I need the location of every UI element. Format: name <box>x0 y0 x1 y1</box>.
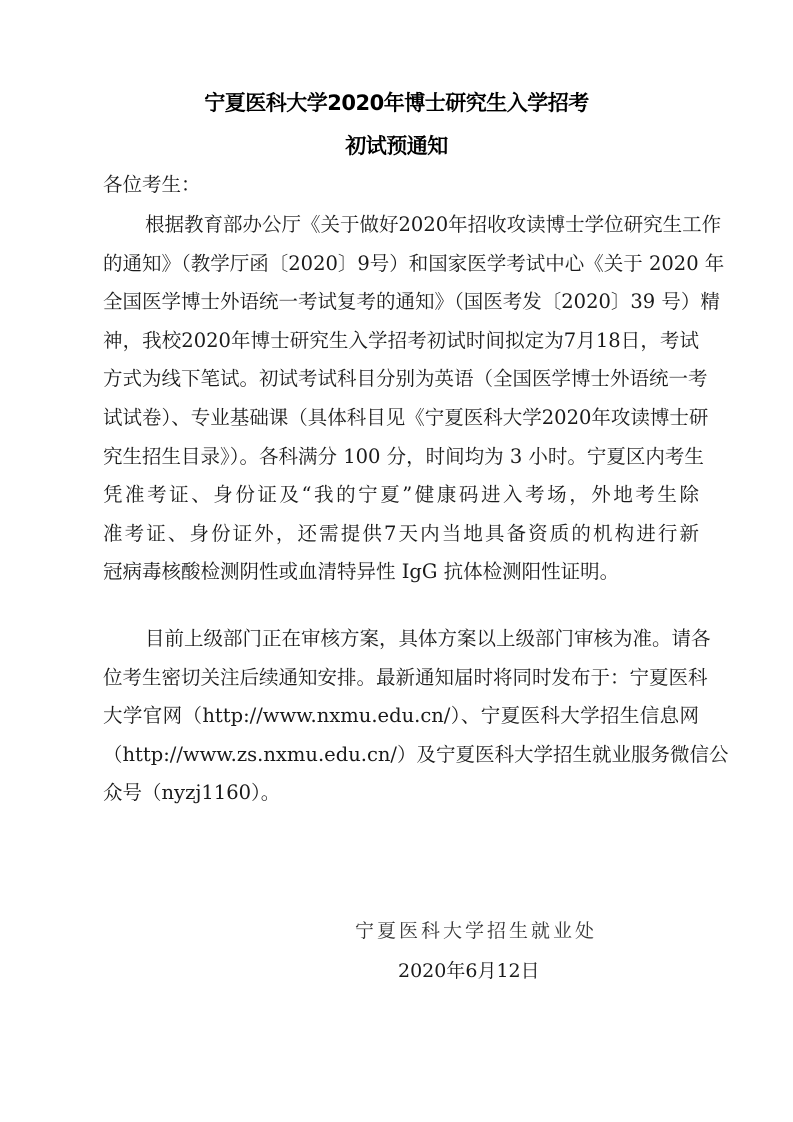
signature-date: 2020年6月12日 <box>398 956 540 983</box>
paragraph-follow-up-notice: 目前上级部门正在审核方案，具体方案以上级部门审核为准。请各 位考生密切关注后续通… <box>103 620 699 813</box>
paragraph-line: 根据教育部办公厅《关于做好2020年招收攻读博士学位研究生工作 <box>103 206 699 245</box>
paragraph-line: 众号（nyzj1160）。 <box>103 774 699 813</box>
paragraph-line: 神，我校2020年博士研究生入学招考初试时间拟定为7月18日，考试 <box>103 322 699 361</box>
paragraph-line: 凭准考证、身份证及“我的宁夏”健康码进入考场，外地考生除 <box>103 476 699 515</box>
paragraph-line: 目前上级部门正在审核方案，具体方案以上级部门审核为准。请各 <box>103 620 699 659</box>
paragraph-line: 的通知》（教学厅函〔2020〕9号）和国家医学考试中心《关于 2020 年 <box>103 245 699 284</box>
paragraph-line: 准考证、身份证外，还需提供7天内当地具备资质的机构进行新 <box>103 515 699 554</box>
paragraph-line: （http://www.zs.nxmu.edu.cn/）及宁夏医科大学招生就业服… <box>103 736 699 775</box>
paragraph-line: 究生招生目录》）。各科满分 100 分，时间均为 3 小时。宁夏区内考生 <box>103 438 699 477</box>
salutation: 各位考生： <box>103 168 201 202</box>
paragraph-line: 冠病毒核酸检测阴性或血清特异性 IgG 抗体检测阳性证明。 <box>103 553 699 592</box>
signature-office: 宁夏医科大学招生就业处 <box>355 916 597 943</box>
paragraph-exam-arrangement: 根据教育部办公厅《关于做好2020年招收攻读博士学位研究生工作 的通知》（教学厅… <box>103 206 699 592</box>
document-page: 宁夏医科大学2020年博士研究生入学招考 初试预通知 各位考生： 根据教育部办公… <box>0 0 793 1122</box>
paragraph-line: 试试卷）、专业基础课（具体科目见《宁夏医科大学2020年攻读博士研 <box>103 399 699 438</box>
document-title: 宁夏医科大学2020年博士研究生入学招考 <box>0 87 793 117</box>
document-subtitle: 初试预通知 <box>0 130 793 160</box>
paragraph-line: 位考生密切关注后续通知安排。最新通知届时将同时发布于：宁夏医科 <box>103 659 699 698</box>
paragraph-line: 大学官网（http://www.nxmu.edu.cn/）、宁夏医科大学招生信息… <box>103 697 699 736</box>
paragraph-line: 方式为线下笔试。初试考试科目分别为英语（全国医学博士外语统一考 <box>103 360 699 399</box>
paragraph-line: 全国医学博士外语统一考试复考的通知》（国医考发〔2020〕39 号）精 <box>103 283 699 322</box>
